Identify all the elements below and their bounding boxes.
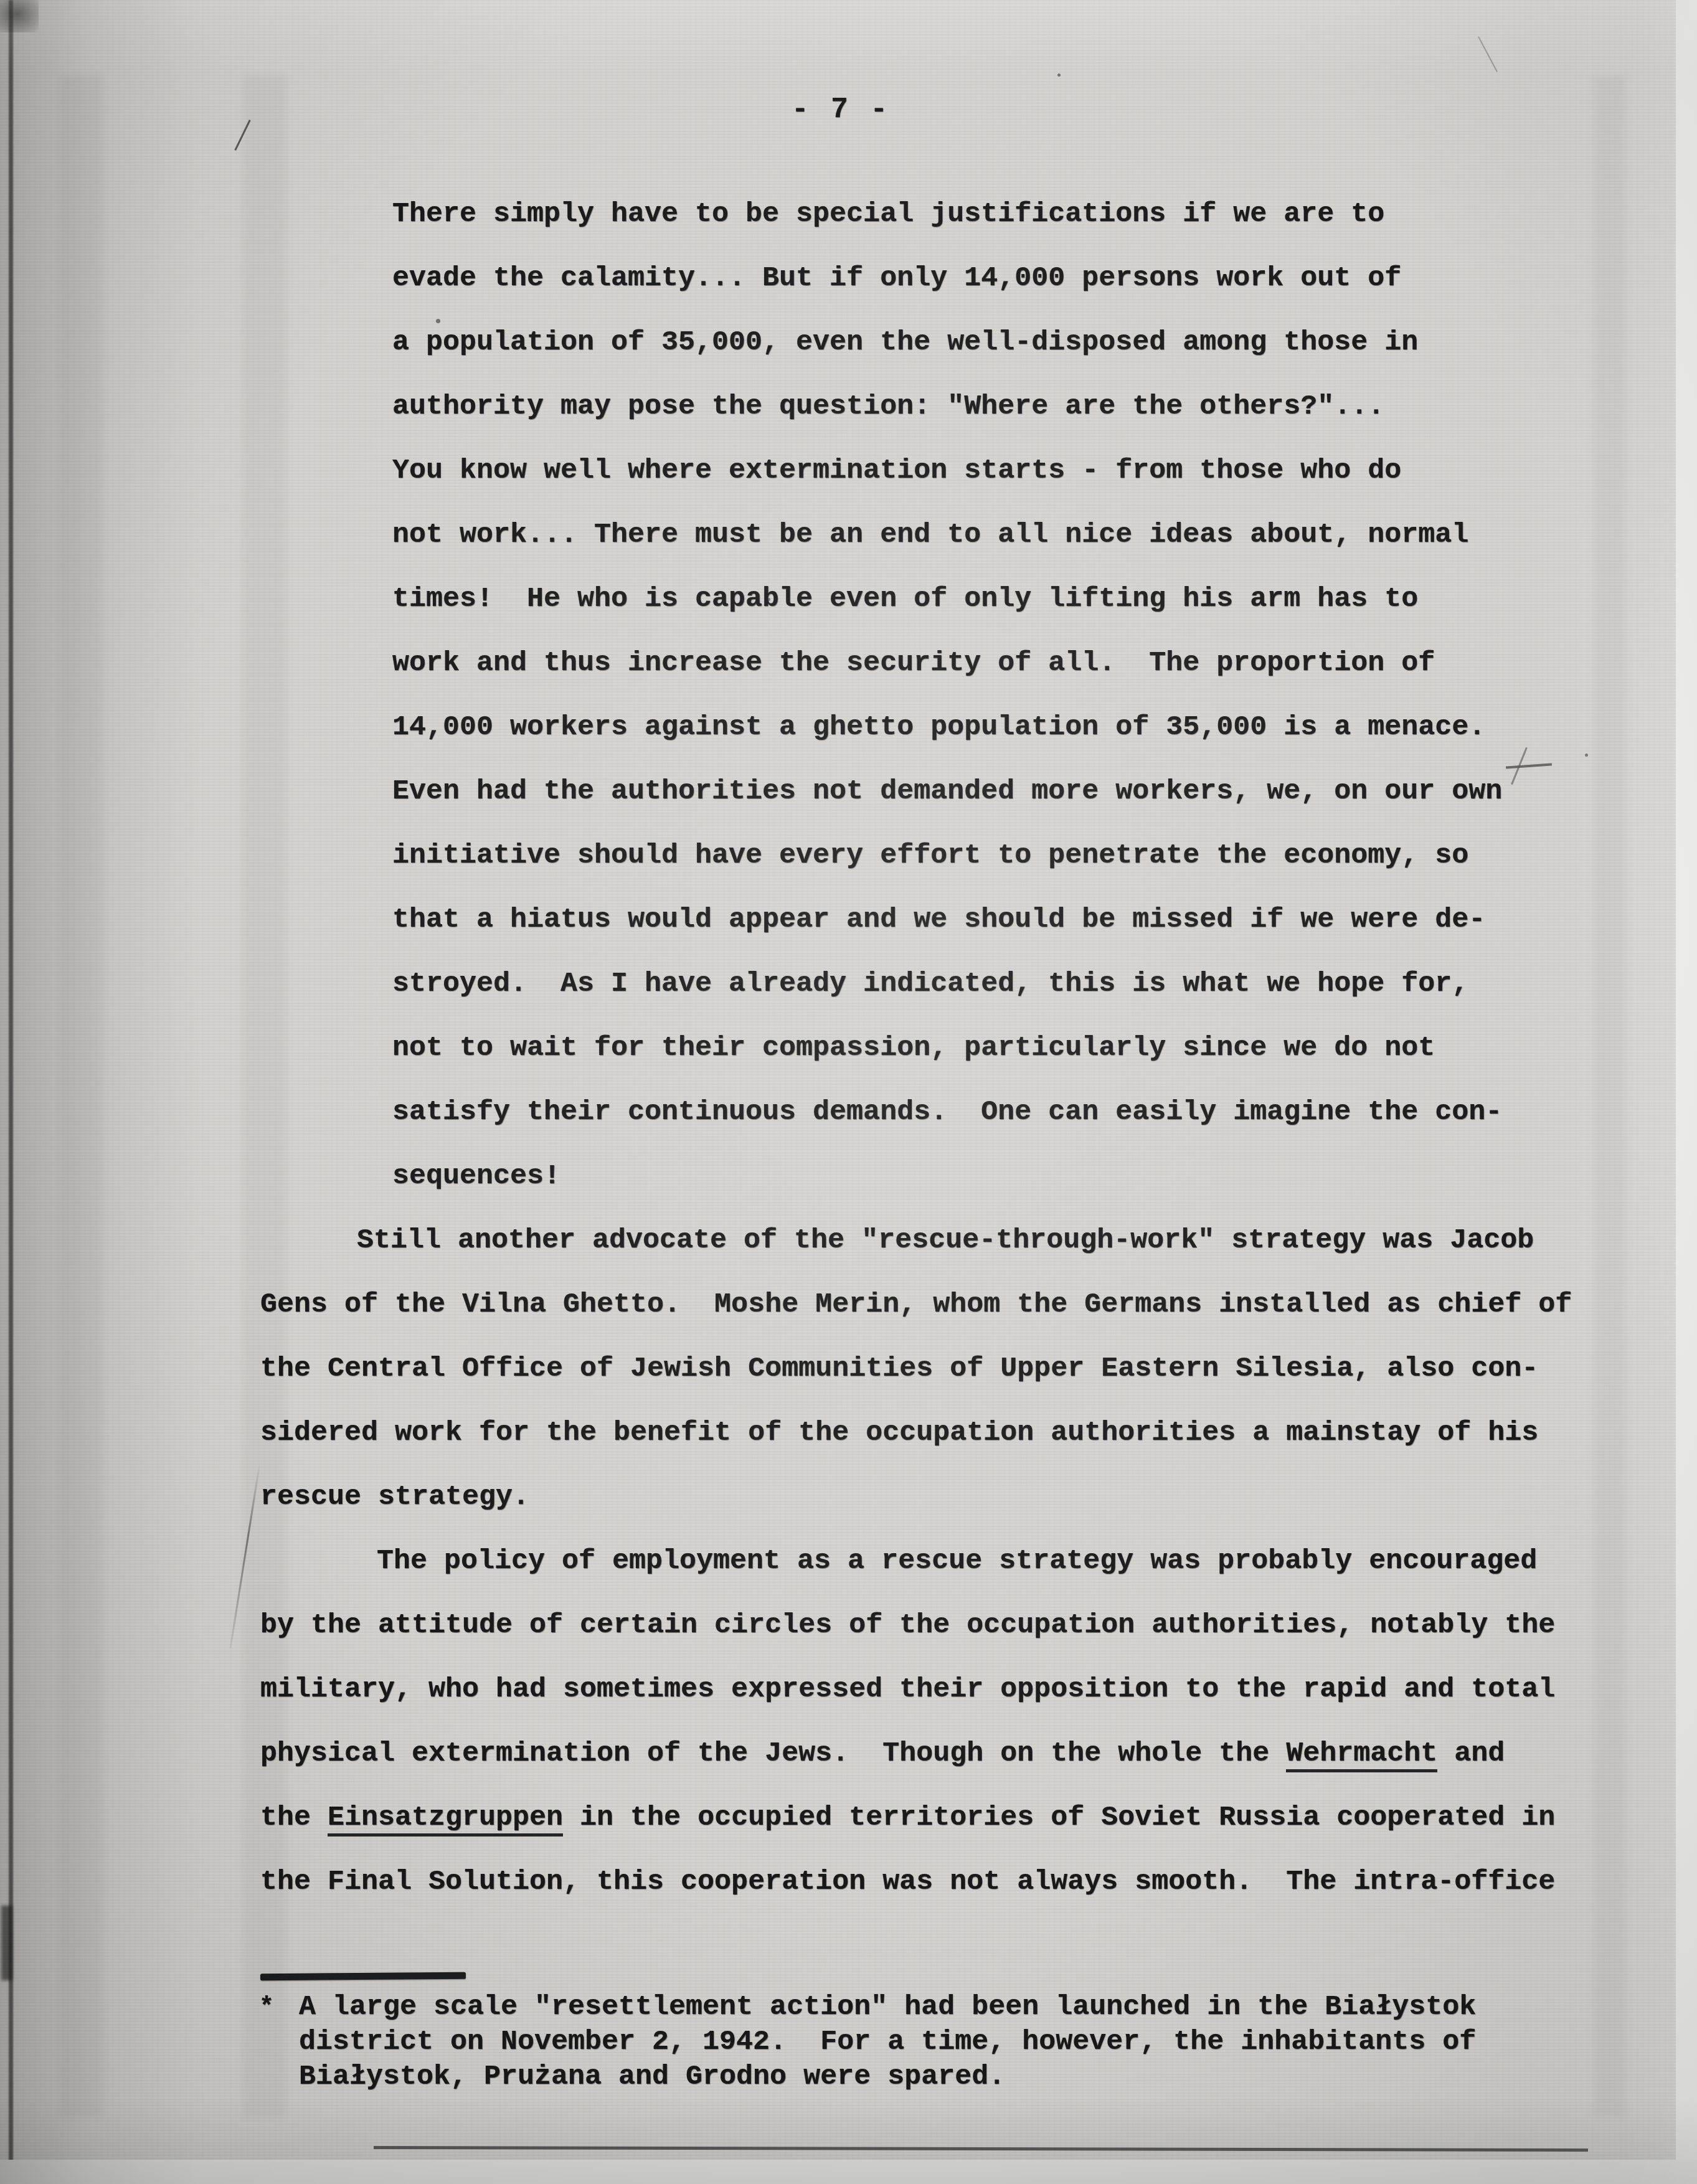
text-segment: initiative should have every effort to p… <box>392 839 1468 871</box>
text-segment: times! He who is capable even of only li… <box>392 583 1418 615</box>
text-segment: the <box>260 1802 328 1833</box>
text-segment: sequences! <box>392 1160 560 1192</box>
text-line: Still another advocate of the "rescue-th… <box>357 1208 1697 1272</box>
text-segment: that a hiatus would appear and we should… <box>392 904 1485 935</box>
text-line: a population of 35,000, even the well-di… <box>392 310 1697 374</box>
footnote: * A large scale "resettlement action" ha… <box>260 1973 1568 2094</box>
text-line: rescue strategy. <box>260 1465 1697 1529</box>
text-segment: The policy of employment as a rescue str… <box>377 1545 1537 1577</box>
text-segment: Even had the authorities not demanded mo… <box>392 775 1502 807</box>
text-segment: evade the calamity... But if only 14,000… <box>392 262 1401 294</box>
text-line: the Einsatzgruppen in the occupied terri… <box>260 1785 1697 1850</box>
underlined-term: Wehrmacht <box>1286 1737 1437 1772</box>
text-segment: work and thus increase the security of a… <box>392 647 1435 679</box>
text-segment: military, who had sometimes expressed th… <box>260 1673 1555 1705</box>
text-segment: 14,000 workers against a ghetto populati… <box>392 711 1485 743</box>
text-line: stroyed. As I have already indicated, th… <box>392 952 1697 1016</box>
document-body: There simply have to be special justific… <box>0 182 1697 1914</box>
text-line: not to wait for their compassion, partic… <box>392 1016 1697 1080</box>
text-line: physical extermination of the Jews. Thou… <box>260 1721 1697 1785</box>
text-line: the Central Office of Jewish Communities… <box>260 1336 1697 1401</box>
underlined-term: Einsatzgruppen <box>328 1802 563 1837</box>
text-segment: in the occupied territories of Soviet Ru… <box>563 1802 1555 1833</box>
footnote-separator-rule <box>260 1972 466 1980</box>
text-segment: sidered work for the benefit of the occu… <box>260 1417 1538 1449</box>
text-line: work and thus increase the security of a… <box>392 631 1697 695</box>
text-segment: and <box>1437 1737 1505 1769</box>
text-line: 14,000 workers against a ghetto populati… <box>392 695 1697 759</box>
text-segment: authority may pose the question: "Where … <box>392 390 1384 422</box>
text-segment: a population of 35,000, even the well-di… <box>392 326 1418 358</box>
text-segment: Gens of the Vilna Ghetto. Moshe Merin, w… <box>260 1288 1572 1320</box>
text-line: Gens of the Vilna Ghetto. Moshe Merin, w… <box>260 1272 1697 1336</box>
text-line: military, who had sometimes expressed th… <box>260 1657 1697 1721</box>
text-line: sequences! <box>392 1144 1697 1208</box>
text-line: authority may pose the question: "Where … <box>392 374 1697 438</box>
footnote-line: Białystok, Prużana and Grodno were spare… <box>299 2059 1568 2094</box>
text-line: the Final Solution, this cooperation was… <box>260 1850 1697 1914</box>
text-segment: stroyed. As I have already indicated, th… <box>392 968 1468 1000</box>
text-line: by the attitude of certain circles of th… <box>260 1593 1697 1657</box>
text-segment: the Final Solution, this cooperation was… <box>260 1866 1555 1898</box>
text-segment: rescue strategy. <box>260 1481 529 1513</box>
text-segment: by the attitude of certain circles of th… <box>260 1609 1555 1641</box>
footnote-line: A large scale "resettlement action" had … <box>299 1990 1568 2025</box>
footnote-asterisk-marker: * <box>259 1991 274 2026</box>
text-segment: physical extermination of the Jews. Thou… <box>260 1737 1286 1769</box>
text-line: You know well where extermination starts… <box>392 438 1697 503</box>
footnote-lines: A large scale "resettlement action" had … <box>299 1990 1568 2094</box>
text-segment: the Central Office of Jewish Communities… <box>260 1353 1538 1384</box>
text-line: that a hiatus would appear and we should… <box>392 887 1697 952</box>
footnote-line: district on November 2, 1942. For a time… <box>299 2025 1568 2059</box>
text-segment: satisfy their continuous demands. One ca… <box>392 1096 1502 1128</box>
text-line: Even had the authorities not demanded mo… <box>392 759 1697 823</box>
typewritten-text-layer: - 7 - There simply have to be special ju… <box>0 0 1697 2184</box>
footnote-body: * A large scale "resettlement action" ha… <box>260 1990 1568 2094</box>
text-line: satisfy their continuous demands. One ca… <box>392 1080 1697 1144</box>
text-segment: not work... There must be an end to all … <box>392 519 1468 551</box>
text-line: initiative should have every effort to p… <box>392 823 1697 887</box>
text-line: not work... There must be an end to all … <box>392 503 1697 567</box>
text-line: sidered work for the benefit of the occu… <box>260 1401 1697 1465</box>
text-segment: not to wait for their compassion, partic… <box>392 1032 1435 1064</box>
text-line: times! He who is capable even of only li… <box>392 567 1697 631</box>
scanned-document-page: - 7 - There simply have to be special ju… <box>0 0 1697 2184</box>
text-segment: There simply have to be special justific… <box>392 198 1384 230</box>
text-line: There simply have to be special justific… <box>392 182 1697 246</box>
text-segment: You know well where extermination starts… <box>392 455 1401 486</box>
text-line: The policy of employment as a rescue str… <box>377 1529 1697 1593</box>
text-segment: Still another advocate of the "rescue-th… <box>357 1224 1534 1256</box>
page-number: - 7 - <box>0 93 1681 126</box>
text-line: evade the calamity... But if only 14,000… <box>392 246 1697 310</box>
